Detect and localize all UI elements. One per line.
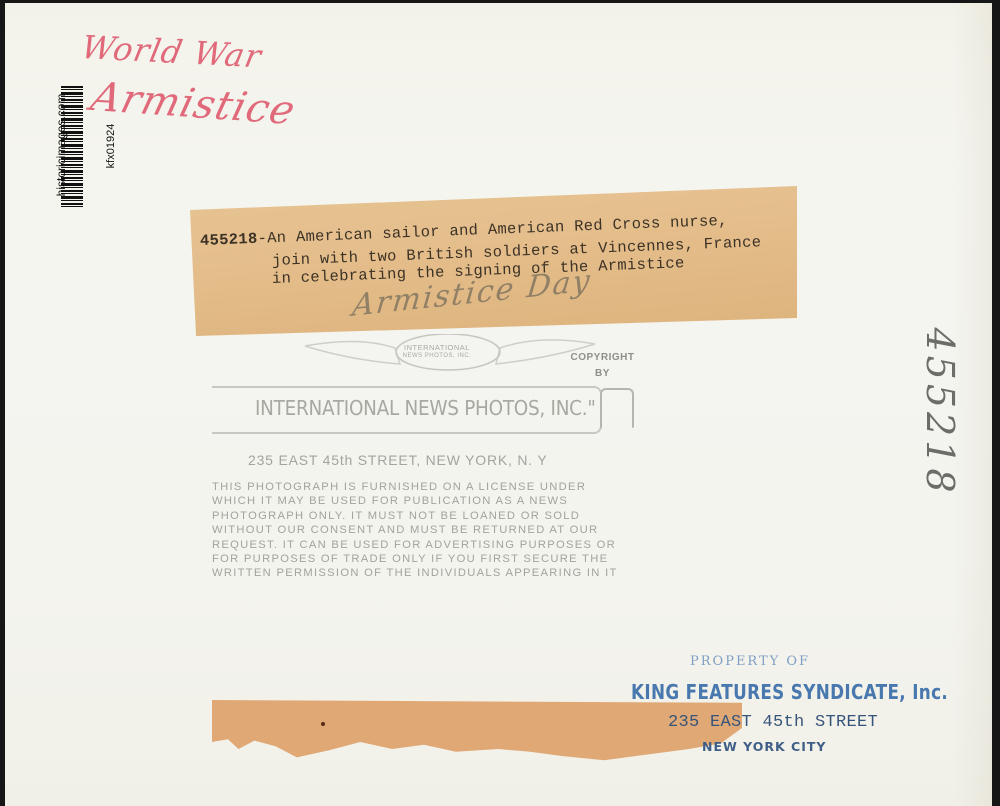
copyright-label-block: COPYRIGHT BY bbox=[565, 350, 640, 382]
license-terms-line: WRITTEN PERMISSION OF THE INDIVIDUALS AP… bbox=[212, 566, 662, 580]
license-terms-line: PHOTOGRAPH ONLY. IT MUST NOT BE LOANED O… bbox=[212, 509, 662, 523]
scroll-emblem-icon bbox=[600, 388, 634, 428]
caption-number: 455218 bbox=[200, 230, 258, 250]
license-terms-line: THIS PHOTOGRAPH IS FURNISHED ON A LICENS… bbox=[212, 480, 662, 494]
ownership-stamp-line1: PROPERTY OF bbox=[690, 654, 810, 669]
barcode-id-text: kfx01924 bbox=[105, 85, 117, 207]
ownership-stamp-line2: KING FEATURES SYNDICATE, Inc. bbox=[631, 680, 948, 704]
copyright-address: 235 EAST 45th STREET, NEW YORK, N. Y bbox=[248, 452, 548, 468]
ownership-stamp-line3: 235 EAST 45th STREET bbox=[668, 713, 878, 732]
license-terms: THIS PHOTOGRAPH IS FURNISHED ON A LICENS… bbox=[212, 480, 662, 581]
caption-slip: 455218-An American sailor and American R… bbox=[190, 186, 797, 336]
ownership-stamp-line4: NEW YORK CITY bbox=[702, 739, 826, 754]
barcode-label: historicimages.com kfx01924 bbox=[46, 86, 90, 208]
emblem-line2: NEWS PHOTOS, INC. bbox=[392, 352, 482, 361]
pencil-archive-number: 455218 bbox=[918, 312, 962, 512]
copyright-banner-text: INTERNATIONAL NEWS PHOTOS, INC." bbox=[255, 396, 596, 420]
stain-dot bbox=[321, 722, 325, 726]
barcode-icon bbox=[61, 86, 83, 208]
license-terms-line: REQUEST. IT CAN BE USED FOR ADVERTISING … bbox=[212, 538, 662, 552]
copyright-by-label: BY bbox=[565, 366, 640, 382]
emblem-line1: INTERNATIONAL bbox=[392, 343, 482, 352]
emblem-text: INTERNATIONAL NEWS PHOTOS, INC. bbox=[392, 343, 482, 361]
license-terms-line: FOR PURPOSES OF TRADE ONLY IF YOU FIRST … bbox=[212, 552, 662, 566]
license-terms-line: WHICH IT MAY BE USED FOR PUBLICATION AS … bbox=[212, 494, 662, 508]
copyright-label: COPYRIGHT bbox=[565, 350, 640, 366]
license-terms-line: WITHOUT OUR CONSENT AND MUST BE RETURNED… bbox=[212, 523, 662, 537]
